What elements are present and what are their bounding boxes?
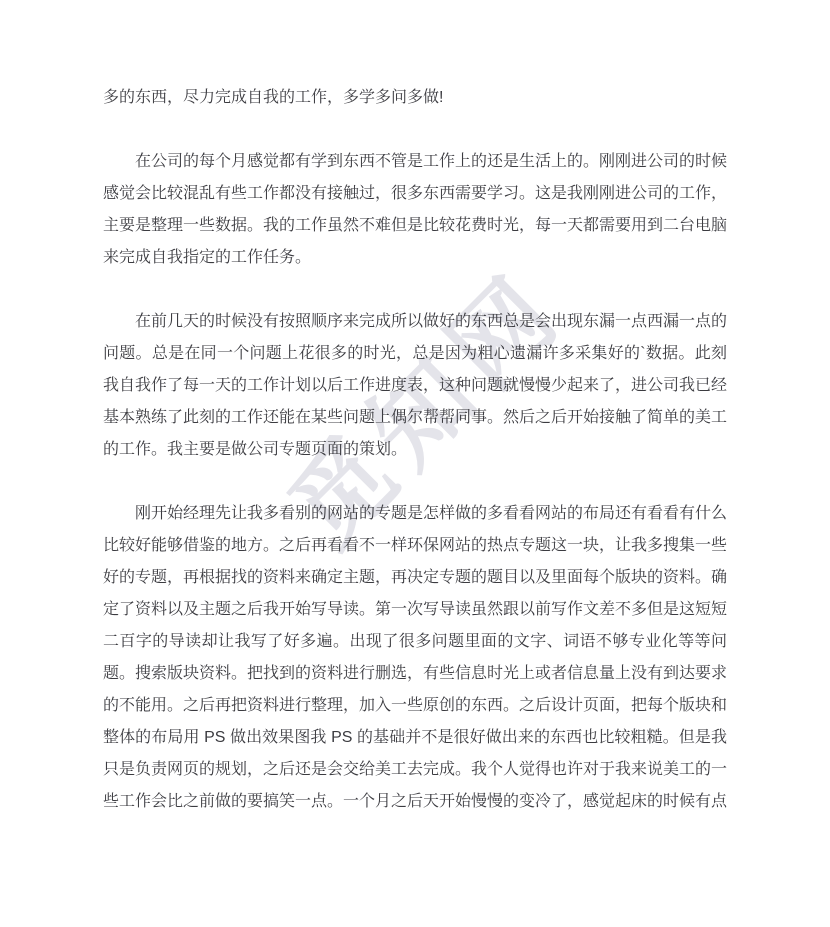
paragraph: 刚开始经理先让我多看别的网站的专题是怎样做的多看看网站的布局还有看看有什么比较好… [103,498,727,818]
document-page: 觅知网 多的东西，尽力完成自我的工作，多学多问多做! 在公司的每个月感觉都有学到… [0,0,830,927]
text-block: 多的东西，尽力完成自我的工作，多学多问多做! 在公司的每个月感觉都有学到东西不管… [103,82,727,850]
paragraph-continuation: 多的东西，尽力完成自我的工作，多学多问多做! [103,82,727,114]
paragraph: 在前几天的时候没有按照顺序来完成所以做好的东西总是会出现东漏一点西漏一点的问题。… [103,306,727,466]
paragraph: 在公司的每个月感觉都有学到东西不管是工作上的还是生活上的。刚刚进公司的时候感觉会… [103,146,727,274]
